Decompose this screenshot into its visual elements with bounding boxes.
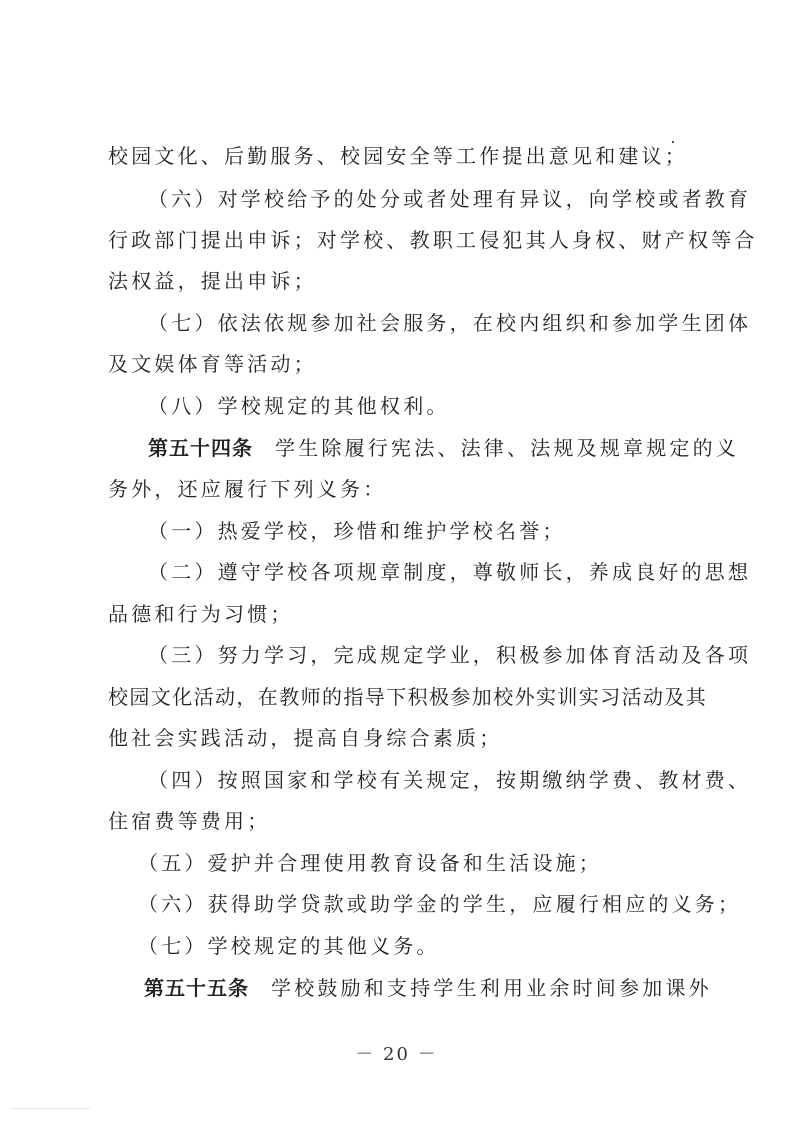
- article-text: 学校鼓励和支持学生利用业余时间参加课外: [271, 976, 712, 1000]
- paragraph-line: 品德和行为习惯；: [108, 600, 688, 628]
- article-heading: 第五十四条: [148, 436, 253, 460]
- paragraph-line: （四）按照国家和学校有关规定，按期缴纳学费、教材费、: [148, 766, 728, 794]
- article-55: 第五十五条学校鼓励和支持学生利用业余时间参加课外: [144, 974, 724, 1002]
- paragraph-line: （三）努力学习，完成规定学业，积极参加体育活动及各项: [148, 641, 728, 669]
- page-number: － 20 －: [0, 1040, 793, 1066]
- paragraph-line: 他社会实践活动，提高自身综合素质；: [108, 724, 688, 752]
- paragraph-line: （一）热爱学校，珍惜和维护学校名誉；: [148, 517, 728, 545]
- paragraph-line: （六）对学校给予的处分或者处理有异议，向学校或者教育: [148, 185, 728, 213]
- paragraph-line: 法权益，提出申诉；: [108, 267, 688, 295]
- scan-artifact: [10, 1108, 90, 1109]
- paragraph-line: 行政部门提出申诉；对学校、教职工侵犯其人身权、财产权等合: [108, 226, 688, 254]
- paragraph-line: （二）遵守学校各项规章制度，尊敬师长，养成良好的思想: [148, 558, 728, 586]
- document-page: 校园文化、后勤服务、校园安全等工作提出意见和建议； （六）对学校给予的处分或者处…: [0, 0, 793, 1121]
- paragraph-line: 校园文化、后勤服务、校园安全等工作提出意见和建议；: [108, 142, 688, 170]
- paragraph-line: 校园文化活动，在教师的指导下积极参加校外实训实习活动及其: [108, 683, 688, 711]
- paragraph-line: （五）爱护并合理使用教育设备和生活设施；: [138, 849, 718, 877]
- paragraph-line: （六）获得助学贷款或助学金的学生，应履行相应的义务；: [138, 890, 718, 918]
- article-text: 学生除履行宪法、法律、法规及规章规定的义: [275, 436, 739, 460]
- paragraph-line: 住宿费等费用；: [108, 807, 688, 835]
- paragraph-line: （七）依法依规参加社会服务，在校内组织和参加学生团体: [148, 309, 728, 337]
- paragraph-line: （七）学校规定的其他义务。: [138, 932, 718, 960]
- article-54: 第五十四条学生除履行宪法、法律、法规及规章规定的义: [148, 434, 728, 462]
- paragraph-line: 务外，还应履行下列义务：: [108, 475, 688, 503]
- article-heading: 第五十五条: [144, 976, 249, 1000]
- paragraph-line: 及文娱体育等活动；: [108, 350, 688, 378]
- paragraph-line: （八）学校规定的其他权利。: [148, 392, 728, 420]
